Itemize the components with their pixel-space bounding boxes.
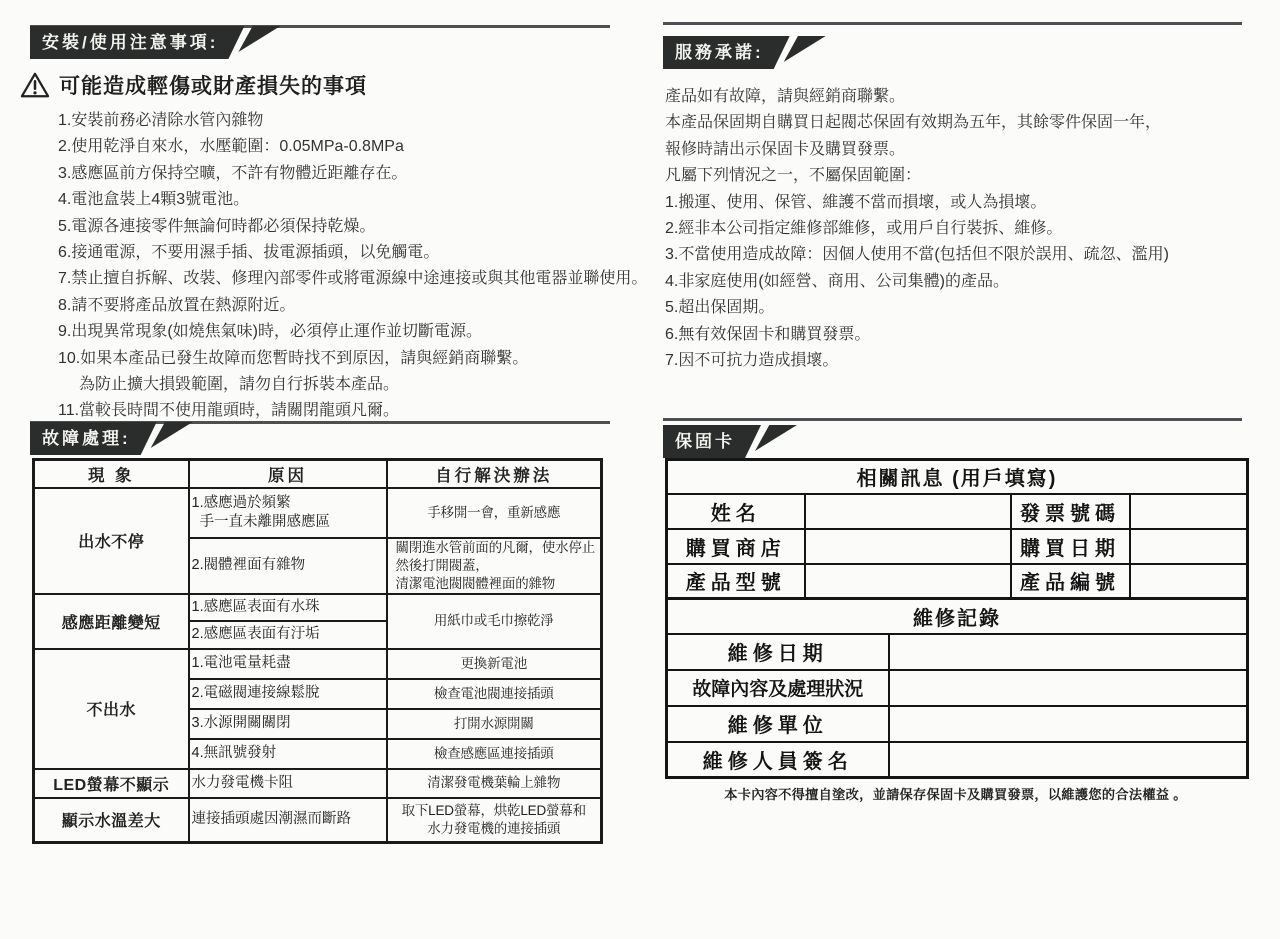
list-item: 5.超出保固期。 bbox=[665, 295, 1169, 321]
table-row: 姓名 發票號碼 bbox=[667, 494, 1248, 529]
list-item: 1.搬運、使用、保管、維護不當而損壞，或人為損壞。 bbox=[665, 190, 1169, 216]
scanned-manual-page: { "sections": { "install": { "banner": "… bbox=[0, 0, 1280, 939]
troubleshooting-table: 現 象 原因 自行解決辦法 出水不停 1.感應過於頻繁 手一直未離開感應區 手移… bbox=[32, 458, 603, 844]
table-header-row: 現 象 原因 自行解決辦法 bbox=[34, 460, 602, 488]
banner-tail-decoration bbox=[755, 425, 797, 451]
service-promise-list: 產品如有故障，請與經銷商聯繫。 本產品保固期自購買日起閥芯保固有效期為五年，其餘… bbox=[665, 84, 1169, 374]
service-banner-label: 服務承諾: bbox=[663, 36, 790, 69]
list-item: 8.請不要將產品放置在熱源附近。 bbox=[58, 293, 647, 319]
list-item: 6.無有效保固卡和購買發票。 bbox=[665, 322, 1169, 348]
cause-cell: 連接插頭處因潮濕而斷路 bbox=[189, 798, 387, 843]
table-row: 不出水 1.電池電量耗盡 更換新電池 bbox=[34, 649, 602, 679]
cause-cell: 1.感應過於頻繁 手一直未離開感應區 bbox=[189, 488, 387, 538]
list-item: 3.不當使用造成故障：因個人使用不當(包括但不限於誤用、疏忽、濫用) bbox=[665, 242, 1169, 268]
service-section-rule bbox=[663, 22, 1242, 25]
column-header-phenomenon: 現 象 bbox=[34, 460, 189, 488]
phenomenon-cell: 顯示水溫差大 bbox=[34, 798, 189, 843]
list-item: 10.如果本產品已發生故障而您暫時找不到原因，請與經銷商聯繫。 bbox=[58, 346, 647, 372]
list-item-continuation: 為防止擴大損毀範圍，請勿自行拆裝本產品。 bbox=[58, 372, 647, 398]
list-item: 產品如有故障，請與經銷商聯繫。 bbox=[665, 84, 1169, 110]
solution-cell: 用紙巾或毛巾擦乾淨 bbox=[387, 594, 602, 649]
field-value-store bbox=[805, 529, 1011, 564]
list-item: 4.非家庭使用(如經營、商用、公司集體)的產品。 bbox=[665, 269, 1169, 295]
field-label-invoice-number: 發票號碼 bbox=[1011, 494, 1130, 529]
right-column: 服務承諾: 產品如有故障，請與經銷商聯繫。 本產品保固期自購買日起閥芯保固有效期… bbox=[663, 0, 1248, 939]
table-row: 維修日期 bbox=[667, 634, 1248, 670]
warranty-card-note: 本卡內容不得擅自塗改，並請保存保固卡及購買發票，以維護您的合法權益 。 bbox=[663, 784, 1248, 803]
warning-title: 可能造成輕傷或財產損失的事項 bbox=[59, 70, 367, 100]
field-value-repairer-signature bbox=[889, 742, 1248, 778]
field-label-model: 產品型號 bbox=[667, 564, 805, 599]
precaution-list: 1.安裝前務必清除水管內雜物 2.使用乾淨自來水，水壓範圍：0.05MPa-0.… bbox=[58, 108, 647, 425]
repair-record-table: 維修記錄 維修日期 故障內容及處理狀況 維修單位 維修人員簽名 bbox=[665, 597, 1249, 779]
warranty-banner-label: 保固卡 bbox=[663, 425, 761, 458]
solution-cell: 檢查感應區連接插頭 bbox=[387, 739, 602, 769]
warranty-section-banner: 保固卡 bbox=[663, 425, 761, 458]
solution-cell: 更換新電池 bbox=[387, 649, 602, 679]
solution-cell: 清潔發電機葉輪上雜物 bbox=[387, 769, 602, 798]
trouble-banner-label: 故障處理: bbox=[30, 422, 157, 455]
table-row: 出水不停 1.感應過於頻繁 手一直未離開感應區 手移開一會，重新感應 bbox=[34, 488, 602, 538]
field-label-repair-date: 維修日期 bbox=[667, 634, 889, 670]
repair-record-title: 維修記錄 bbox=[667, 599, 1248, 634]
table-row: 維修人員簽名 bbox=[667, 742, 1248, 778]
cause-cell: 3.水源開關關閉 bbox=[189, 709, 387, 739]
table-title-row: 維修記錄 bbox=[667, 599, 1248, 634]
banner-tail-decoration bbox=[784, 36, 826, 62]
list-item: 2.經非本公司指定維修部維修，或用戶自行裝拆、維修。 bbox=[665, 216, 1169, 242]
warning-heading: 可能造成輕傷或財產損失的事項 bbox=[20, 70, 367, 100]
phenomenon-cell: LED螢幕不顯示 bbox=[34, 769, 189, 798]
trouble-section-banner: 故障處理: bbox=[30, 422, 157, 455]
cause-cell: 1.感應區表面有水珠 bbox=[189, 594, 387, 621]
list-item: 5.電源各連接零件無論何時都必須保持乾燥。 bbox=[58, 214, 647, 240]
table-row: 顯示水溫差大 連接插頭處因潮濕而斷路 取下LED螢幕，烘乾LED螢幕和 水力發電… bbox=[34, 798, 602, 843]
table-row: 購買商店 購買日期 bbox=[667, 529, 1248, 564]
list-item: 本產品保固期自購買日起閥芯保固有效期為五年，其餘零件保固一年， bbox=[665, 110, 1169, 136]
banner-tail-decoration bbox=[151, 422, 193, 448]
cause-cell: 1.電池電量耗盡 bbox=[189, 649, 387, 679]
phenomenon-cell: 感應距離變短 bbox=[34, 594, 189, 649]
field-value-serial-number bbox=[1130, 564, 1248, 599]
phenomenon-cell: 出水不停 bbox=[34, 488, 189, 594]
field-label-serial-number: 產品編號 bbox=[1011, 564, 1130, 599]
column-header-cause: 原因 bbox=[189, 460, 387, 488]
table-title-row: 相關訊息 (用戶填寫) bbox=[667, 460, 1248, 494]
left-column: 安裝/使用注意事項: 可能造成輕傷或財產損失的事項 1.安裝前務必清除水管內雜物… bbox=[30, 0, 610, 939]
solution-cell: 取下LED螢幕，烘乾LED螢幕和 水力發電機的連接插頭 bbox=[387, 798, 602, 843]
cause-cell: 2.感應區表面有汙垢 bbox=[189, 621, 387, 649]
field-value-invoice-number bbox=[1130, 494, 1248, 529]
list-item: 報修時請出示保固卡及購買發票。 bbox=[665, 137, 1169, 163]
warranty-info-table: 相關訊息 (用戶填寫) 姓名 發票號碼 購買商店 購買日期 產品型號 產品編號 bbox=[665, 458, 1249, 600]
install-banner-label: 安裝/使用注意事項: bbox=[30, 26, 244, 59]
field-value-name bbox=[805, 494, 1011, 529]
table-row: 維修單位 bbox=[667, 706, 1248, 742]
field-value-fault-description bbox=[889, 670, 1248, 706]
solution-cell: 檢查電池閥連接插頭 bbox=[387, 679, 602, 709]
list-item: 凡屬下列情況之一，不屬保固範圍： bbox=[665, 163, 1169, 189]
list-item: 4.電池盒裝上4顆3號電池。 bbox=[58, 187, 647, 213]
field-label-name: 姓名 bbox=[667, 494, 805, 529]
field-label-repairer-signature: 維修人員簽名 bbox=[667, 742, 889, 778]
list-item: 7.禁止擅自拆解、改裝、修理內部零件或將電源線中途連接或與其他電器並聯使用。 bbox=[58, 266, 647, 292]
list-item: 3.感應區前方保持空曠，不許有物體近距離存在。 bbox=[58, 161, 647, 187]
field-value-repair-date bbox=[889, 634, 1248, 670]
list-item: 7.因不可抗力造成損壞。 bbox=[665, 348, 1169, 374]
field-label-store: 購買商店 bbox=[667, 529, 805, 564]
field-value-purchase-date bbox=[1130, 529, 1248, 564]
warning-triangle-icon bbox=[20, 71, 50, 99]
install-section-banner: 安裝/使用注意事項: bbox=[30, 26, 244, 59]
cause-cell: 水力發電機卡阻 bbox=[189, 769, 387, 798]
table-row: 故障內容及處理狀況 bbox=[667, 670, 1248, 706]
list-item: 6.接通電源，不要用濕手插、拔電源插頭，以免觸電。 bbox=[58, 240, 647, 266]
field-value-model bbox=[805, 564, 1011, 599]
phenomenon-cell: 不出水 bbox=[34, 649, 189, 769]
table-row: LED螢幕不顯示 水力發電機卡阻 清潔發電機葉輪上雜物 bbox=[34, 769, 602, 798]
solution-cell: 手移開一會，重新感應 bbox=[387, 488, 602, 538]
cause-cell: 2.電磁閥連接線鬆脫 bbox=[189, 679, 387, 709]
solution-cell: 關閉進水管前面的凡爾，使水停止 然後打開閥蓋， 清潔電池閥閥體裡面的雜物 bbox=[387, 538, 602, 594]
cause-cell: 2.閥體裡面有雜物 bbox=[189, 538, 387, 594]
field-label-repair-unit: 維修單位 bbox=[667, 706, 889, 742]
field-label-purchase-date: 購買日期 bbox=[1011, 529, 1130, 564]
banner-tail-decoration bbox=[238, 26, 280, 52]
table-row: 產品型號 產品編號 bbox=[667, 564, 1248, 599]
field-value-repair-unit bbox=[889, 706, 1248, 742]
warranty-section-rule bbox=[663, 418, 1242, 421]
service-section-banner: 服務承諾: bbox=[663, 36, 790, 69]
list-item: 2.使用乾淨自來水，水壓範圍：0.05MPa-0.8MPa bbox=[58, 134, 647, 160]
list-item: 9.出現異常現象(如燒焦氣味)時，必須停止運作並切斷電源。 bbox=[58, 319, 647, 345]
field-label-fault-description: 故障內容及處理狀況 bbox=[667, 670, 889, 706]
cause-cell: 4.無訊號發射 bbox=[189, 739, 387, 769]
warranty-info-title: 相關訊息 (用戶填寫) bbox=[667, 460, 1248, 494]
column-header-solution: 自行解決辦法 bbox=[387, 460, 602, 488]
solution-cell: 打開水源開關 bbox=[387, 709, 602, 739]
list-item: 1.安裝前務必清除水管內雜物 bbox=[58, 108, 647, 134]
table-row: 感應距離變短 1.感應區表面有水珠 用紙巾或毛巾擦乾淨 bbox=[34, 594, 602, 621]
